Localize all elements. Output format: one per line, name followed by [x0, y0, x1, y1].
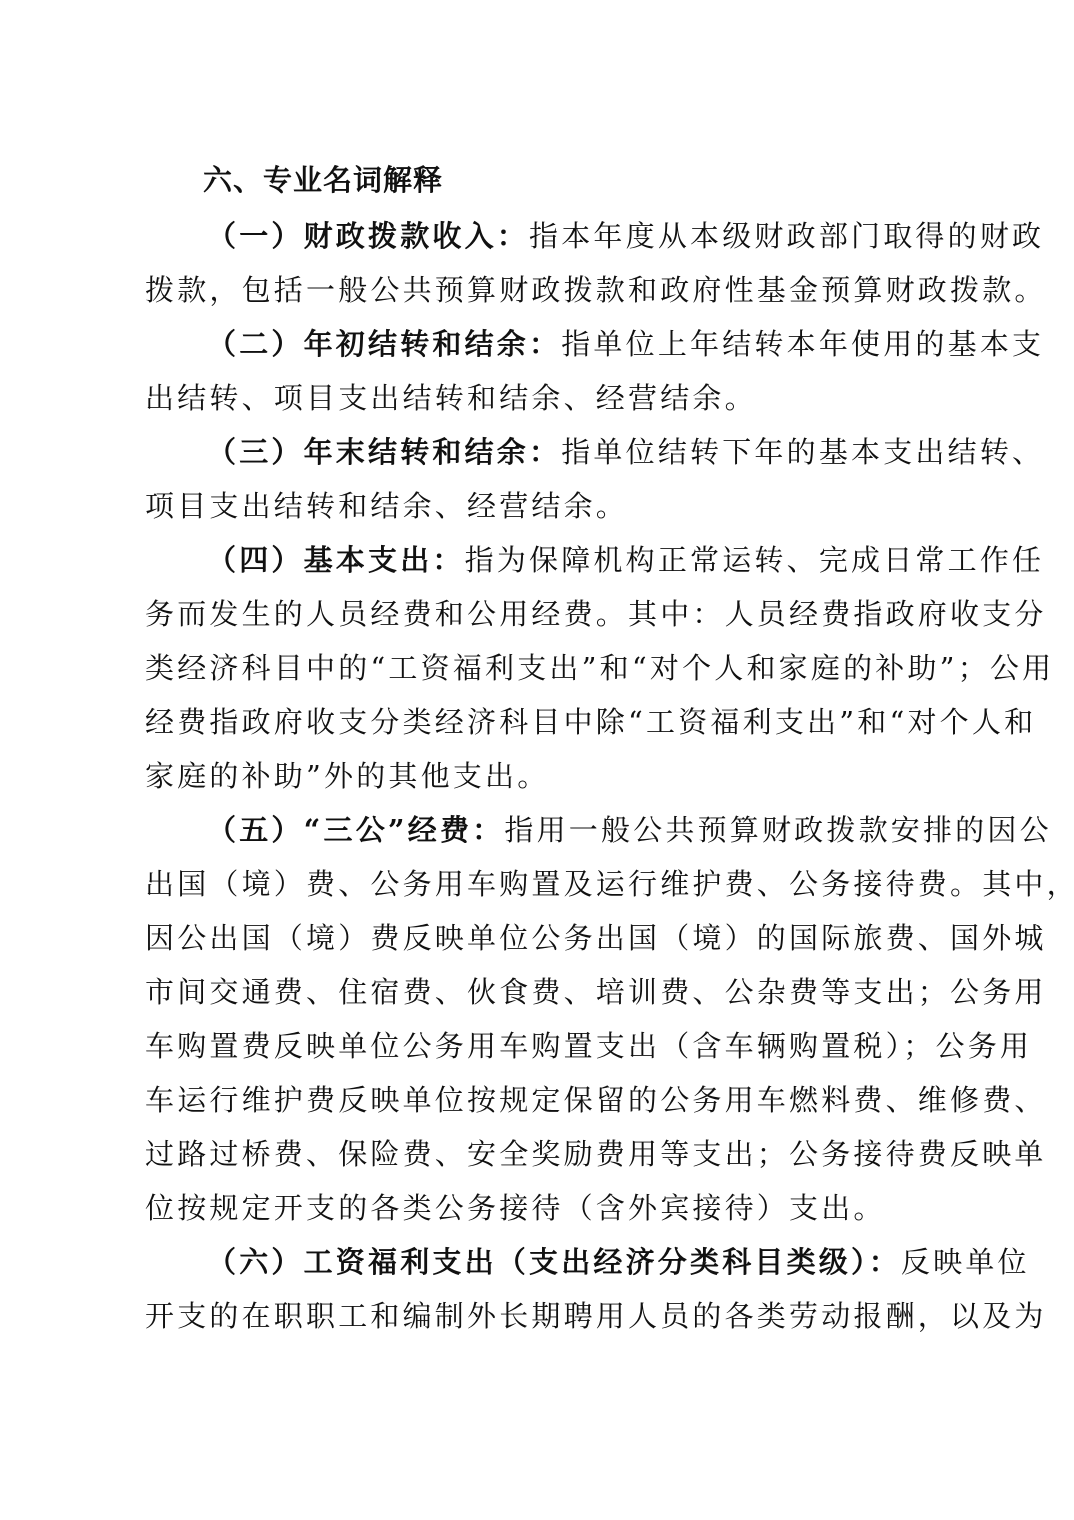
term-label: “三公”经费：	[304, 813, 505, 847]
definition-line: 项目支出结转和结余、经营结余。	[145, 479, 945, 533]
definition-text: 指本年度从本级财政部门取得的财政	[529, 219, 1044, 253]
definition-text: 指单位上年结转本年使用的基本支	[561, 327, 1044, 361]
definition-line: （六）工资福利支出（支出经济分类科目类级）：反映单位	[145, 1235, 945, 1289]
definition-line: 车运行维护费反映单位按规定保留的公务用车燃料费、维修费、	[145, 1073, 945, 1127]
term-label: 财政拨款收入：	[304, 219, 529, 253]
definition-line: 位按规定开支的各类公务接待（含外宾接待）支出。	[145, 1181, 945, 1235]
definition-line: 拨款，包括一般公共预算财政拨款和政府性基金预算财政拨款。	[145, 263, 945, 317]
item-marker: （一）	[207, 219, 304, 253]
item-marker: （四）	[207, 543, 304, 577]
definition-line: 务而发生的人员经费和公用经费。其中：人员经费指政府收支分	[145, 587, 945, 641]
definition-line: 因公出国（境）费反映单位公务出国（境）的国际旅费、国外城	[145, 911, 945, 965]
definition-text: 指为保障机构正常运转、完成日常工作任	[465, 543, 1045, 577]
section-heading: 六、专业名词解释	[145, 155, 945, 205]
term-label: 工资福利支出（支出经济分类科目类级）：	[304, 1245, 901, 1279]
definition-line: 家庭的补助”外的其他支出。	[145, 749, 945, 803]
term-label: 年末结转和结余：	[304, 435, 562, 469]
definition-line: （一）财政拨款收入：指本年度从本级财政部门取得的财政	[145, 209, 945, 263]
term-label: 基本支出：	[304, 543, 465, 577]
definition-line: 市间交通费、住宿费、伙食费、培训费、公杂费等支出；公务用	[145, 965, 945, 1019]
definition-text: 反映单位	[901, 1245, 1030, 1279]
definition-text: 指用一般公共预算财政拨款安排的因公	[504, 813, 1051, 847]
definition-line: （二）年初结转和结余：指单位上年结转本年使用的基本支	[145, 317, 945, 371]
definition-line: 车购置费反映单位公务用车购置支出（含车辆购置税）；公务用	[145, 1019, 945, 1073]
definition-line: 出结转、项目支出结转和结余、经营结余。	[145, 371, 945, 425]
definition-line: 过路过桥费、保险费、安全奖励费用等支出；公务接待费反映单	[145, 1127, 945, 1181]
definition-line: （四）基本支出：指为保障机构正常运转、完成日常工作任	[145, 533, 945, 587]
definition-line: 出国（境）费、公务用车购置及运行维护费、公务接待费。其中，	[145, 857, 945, 911]
definition-line: （三）年末结转和结余：指单位结转下年的基本支出结转、	[145, 425, 945, 479]
definition-line: 类经济科目中的“工资福利支出”和“对个人和家庭的补助”；公用	[145, 641, 945, 695]
definition-line: （五）“三公”经费：指用一般公共预算财政拨款安排的因公	[145, 803, 945, 857]
term-label: 年初结转和结余：	[304, 327, 562, 361]
definition-text: 指单位结转下年的基本支出结转、	[561, 435, 1044, 469]
item-marker: （三）	[207, 435, 304, 469]
item-marker: （五）	[207, 813, 304, 847]
item-marker: （二）	[207, 327, 304, 361]
definition-line: 开支的在职职工和编制外长期聘用人员的各类劳动报酬，以及为	[145, 1289, 945, 1343]
item-marker: （六）	[207, 1245, 304, 1279]
document-page: 六、专业名词解释 （一）财政拨款收入：指本年度从本级财政部门取得的财政 拨款，包…	[145, 155, 945, 1343]
definition-line: 经费指政府收支分类经济科目中除“工资福利支出”和“对个人和	[145, 695, 945, 749]
